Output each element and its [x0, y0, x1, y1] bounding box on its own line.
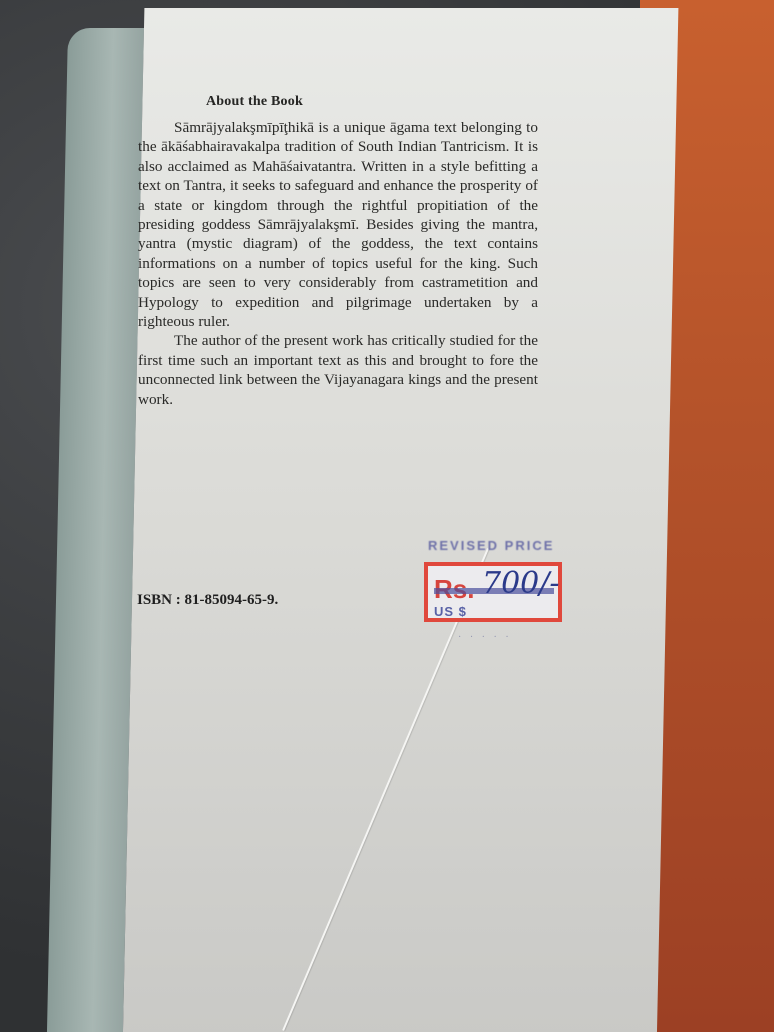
price-stamp: Rs. 700/- US $: [424, 562, 562, 622]
revised-price-stamp-label: REVISED PRICE: [428, 538, 554, 553]
description-paragraph: Sāmrājyalakşmīpīţhikā is a unique āgama …: [138, 118, 538, 331]
stamp-under-text: · · · · ·: [458, 632, 512, 643]
description-paragraph: The author of the present work has criti…: [138, 331, 538, 409]
page-title: About the Book: [206, 94, 303, 110]
handwritten-price: 700/-: [482, 566, 560, 601]
stamp-bottom-text: US $: [434, 604, 467, 619]
isbn-number: ISBN : 81-85094-65-9.: [137, 592, 278, 609]
book-description: Sāmrājyalakşmīpīţhikā is a unique āgama …: [138, 118, 538, 409]
